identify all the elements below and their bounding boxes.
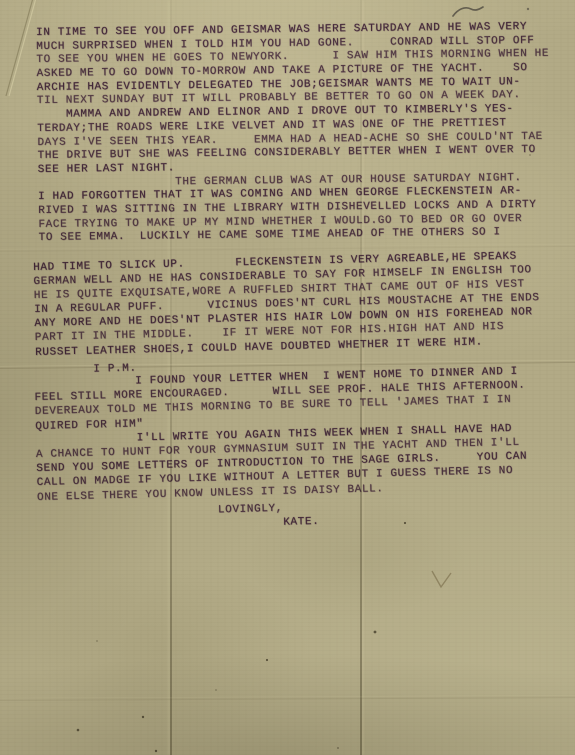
letter-paragraph-block-2: HAD TIME TO SLICK UP. FLECKENSTEIN IS VE… [33, 249, 541, 378]
letter-paragraph-block-3: I FOUND YOUR LETTER WHEN I WENT HOME TO … [34, 365, 529, 536]
letter-paragraph-block-1: IN TIME TO SEE YOU OFF AND GEISMAR WAS H… [36, 21, 551, 246]
letter-body: IN TIME TO SEE YOU OFF AND GEISMAR WAS H… [0, 0, 575, 755]
letter-scan-page: IN TIME TO SEE YOU OFF AND GEISMAR WAS H… [0, 0, 575, 755]
